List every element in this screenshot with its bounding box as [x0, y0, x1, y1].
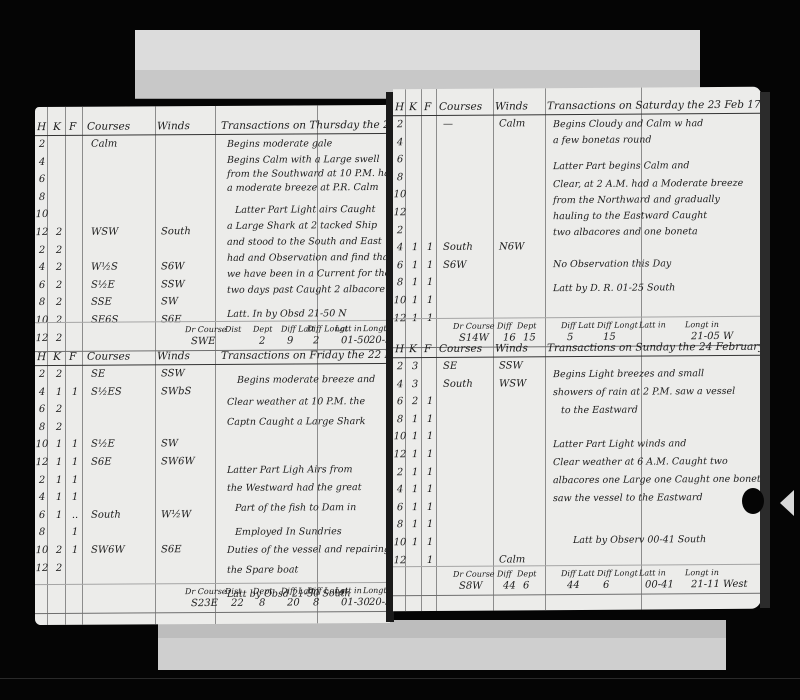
col-h-header: H	[395, 101, 404, 113]
fathoms-cell: 1	[423, 484, 437, 496]
wind-cell: S6W	[161, 261, 185, 273]
knots-cell: 3	[408, 379, 422, 391]
hour-cell: 8	[35, 192, 49, 204]
transaction-line: Begins Cloudy and Calm w had	[553, 117, 703, 133]
courses-header: Courses	[87, 121, 130, 133]
transaction-line: we have been in a Current for these	[227, 267, 390, 283]
hour-cell: 6	[393, 260, 407, 272]
knots-cell: 1	[408, 260, 422, 272]
transactions-title: Transactions on Thursday the 21 Febru	[221, 119, 390, 132]
col-h-header: H	[37, 351, 46, 363]
knots-cell: 2	[52, 332, 66, 344]
hour-cell: 2	[393, 467, 407, 479]
course-cell: S6E	[91, 457, 112, 469]
summary-label: Diff	[497, 568, 512, 580]
transaction-line: two albacores and one boneta	[553, 225, 698, 241]
knots-cell: 2	[52, 562, 66, 574]
transactions-title: Transactions on Sunday the 24 February 1…	[547, 340, 761, 354]
hour-cell: 6	[35, 510, 49, 522]
wind-cell: South	[161, 226, 191, 238]
fathoms-cell: 1	[423, 431, 437, 443]
course-cell: WSW	[91, 227, 118, 239]
summary-value: SWE	[191, 336, 215, 348]
fathoms-cell: ..	[68, 510, 82, 522]
transaction-line: Begins Calm with a Large swell	[227, 153, 380, 168]
fathoms-cell: 1	[423, 260, 437, 272]
knots-cell: 1	[408, 242, 422, 254]
transaction-line: Latter Part Ligh Airs from	[227, 463, 353, 478]
courses-header: Courses	[87, 351, 130, 363]
wind-cell: Calm	[499, 118, 525, 130]
hour-cell: 8	[35, 422, 49, 434]
knots-cell: 2	[52, 297, 66, 309]
wind-cell: N6W	[499, 242, 524, 254]
transaction-line: Latter Part Light airs Caught	[235, 203, 375, 218]
course-cell: S½E	[91, 279, 115, 291]
col-f-header: F	[69, 351, 76, 363]
wind-cell: SW	[161, 439, 178, 451]
next-page-arrow-icon[interactable]	[780, 490, 794, 516]
hour-cell: 8	[393, 278, 407, 290]
backing-sheet-bottom	[158, 620, 726, 670]
fathoms-cell: 1	[68, 527, 82, 539]
transaction-line: Captn Caught a Large Shark	[227, 415, 366, 430]
knots-cell: 1	[52, 386, 66, 398]
summary-label: Dr Course	[185, 586, 227, 598]
hour-cell: 10	[393, 295, 407, 307]
transaction-line: the Spare boat	[227, 563, 298, 578]
hour-cell: 8	[35, 297, 49, 309]
hour-cell: 10	[393, 190, 407, 202]
hour-cell: 12	[35, 333, 49, 345]
transaction-line: the Westward had the great	[227, 481, 362, 496]
summary-bottom-rule	[35, 611, 390, 614]
fathoms-cell: 1	[68, 386, 82, 398]
wind-cell: SW	[161, 297, 178, 309]
knots-cell: 1	[408, 414, 422, 426]
summary-value: S23E	[191, 598, 218, 610]
fathoms-cell: 1	[68, 474, 82, 486]
hour-cell: 6	[393, 154, 407, 166]
summary-label: Diff Latt	[561, 568, 595, 580]
knots-cell: 1	[408, 277, 422, 289]
course-cell: Calm	[91, 139, 117, 151]
transaction-line: Employed In Sundries	[235, 525, 342, 540]
transaction-line: a moderate breeze at P.R. Calm	[227, 181, 378, 196]
summary-label: Diff Latt	[561, 320, 595, 332]
course-cell: S½ES	[91, 386, 122, 398]
col-k-header: K	[53, 351, 61, 363]
fathoms-cell: 1	[423, 519, 437, 531]
hour-cell: 2	[393, 361, 407, 373]
knots-cell: 1	[408, 431, 422, 443]
summary-label: Dept	[253, 586, 272, 598]
transaction-line: had and Observation and find that	[227, 251, 390, 267]
hour-cell: 6	[35, 404, 49, 416]
summary-label: Dept	[517, 320, 536, 332]
summary-value: 00-41	[645, 579, 674, 591]
fathoms-cell: 1	[423, 449, 437, 461]
hour-cell: 2	[393, 119, 407, 131]
hour-cell: 10	[35, 439, 49, 451]
hour-cell: 4	[393, 379, 407, 391]
course-cell: W½S	[91, 262, 118, 274]
hour-cell: 4	[393, 242, 407, 254]
summary-label: Longt in	[685, 567, 719, 579]
fathoms-cell: 1	[68, 457, 82, 469]
transaction-line: a Large Shark at 2 tacked Ship	[227, 219, 377, 234]
course-cell: South	[443, 242, 473, 254]
wind-cell: S6E	[161, 544, 182, 556]
hour-cell: 2	[393, 225, 407, 237]
course-cell: South	[443, 378, 473, 390]
fathoms-cell: 1	[423, 537, 437, 549]
summary-value: 44	[567, 580, 580, 592]
transaction-line: Latter Part Light winds and	[553, 437, 686, 452]
course-cell: S½E	[91, 439, 115, 451]
knots-cell: 2	[52, 262, 66, 274]
course-cell: S6W	[443, 260, 467, 272]
fathoms-cell: 1	[423, 295, 437, 307]
summary-label: Diff Longt	[597, 320, 638, 332]
col-h-header: H	[395, 343, 404, 355]
transaction-line: to the Eastward	[561, 404, 638, 419]
summary-value: S8W	[459, 581, 483, 593]
knots-cell: 1	[52, 492, 66, 504]
summary-value: 2	[259, 336, 265, 348]
hour-cell: 4	[393, 137, 407, 149]
fathoms-cell: 1	[68, 439, 82, 451]
hour-cell: 4	[35, 492, 49, 504]
hour-cell: 6	[35, 174, 49, 186]
knots-cell: 2	[52, 369, 66, 381]
transaction-line: from the Northward and gradually	[553, 193, 720, 209]
transaction-line: Latter Part begins Calm and	[553, 159, 690, 174]
hour-cell: 4	[35, 387, 49, 399]
summary-value: 8	[259, 598, 265, 610]
transaction-line: and stood to the South and East	[227, 235, 382, 250]
winds-header: Winds	[157, 350, 190, 362]
knots-cell: 2	[408, 396, 422, 408]
hour-cell: 12	[393, 449, 407, 461]
hour-cell: 2	[35, 139, 49, 151]
wind-cell: SW6W	[161, 456, 195, 468]
winds-header: Winds	[157, 120, 190, 132]
hour-cell: 6	[393, 502, 407, 514]
course-cell: South	[91, 509, 121, 521]
transaction-line: Latt by D. R. 01-25 South	[553, 281, 675, 296]
course-cell: SW6W	[91, 545, 125, 557]
header-rule	[35, 133, 390, 136]
transaction-line: albacores one Large one Caught one bonet…	[553, 473, 761, 489]
header-rule	[393, 355, 761, 359]
summary-bottom-rule	[393, 593, 761, 597]
transaction-line: Begins moderate gale	[227, 137, 332, 152]
knots-cell: 1	[52, 439, 66, 451]
knots-cell: 1	[52, 457, 66, 469]
summary-value: 22	[231, 598, 244, 610]
summary-value: 21-11 West	[691, 579, 748, 591]
wind-cell: SSW	[161, 368, 185, 380]
header-rule	[35, 363, 390, 366]
wind-cell: W½W	[161, 509, 191, 521]
hour-cell: 8	[393, 172, 407, 184]
fathoms-cell: 1	[423, 502, 437, 514]
summary-value: 01-30	[341, 597, 370, 609]
column-rule	[493, 89, 494, 611]
knots-cell: 1	[408, 467, 422, 479]
winds-header: Winds	[495, 342, 528, 354]
knots-cell: 1	[52, 510, 66, 522]
knots-cell: 2	[52, 404, 66, 416]
transaction-line: Clear weather at 10 P.M. the	[227, 395, 365, 410]
hour-cell: 2	[35, 475, 49, 487]
summary-label: Dist	[225, 586, 241, 598]
col-f-header: F	[424, 343, 431, 355]
hour-cell: 12	[393, 555, 407, 567]
summary-value: 6	[523, 580, 529, 592]
knots-cell: 2	[52, 227, 66, 239]
transaction-line: saw the vessel to the Eastward	[553, 491, 703, 507]
col-h-header: H	[37, 121, 46, 133]
summary-label: Latt in	[335, 585, 362, 597]
knots-cell: 1	[408, 484, 422, 496]
col-f-header: F	[424, 101, 431, 113]
hour-cell: 4	[35, 157, 49, 169]
transaction-line: Clear weather at 6 A.M. Caught two	[553, 455, 728, 471]
transaction-line: hauling to the Eastward Caught	[553, 209, 707, 225]
knots-cell: 1	[408, 537, 422, 549]
hour-cell: 8	[35, 527, 49, 539]
hour-cell: 10	[393, 432, 407, 444]
knots-cell: 3	[408, 361, 422, 373]
knots-cell: 1	[52, 474, 66, 486]
column-rule	[421, 89, 422, 611]
transactions-title: Transactions on Saturday the 23 Feb 1793	[547, 99, 761, 113]
fathoms-cell: 1	[423, 555, 437, 567]
transaction-line: Latt by Observ 00-41 South	[573, 533, 706, 548]
summary-value: 20	[287, 597, 300, 609]
summary-label: Diff Longt	[597, 568, 638, 580]
summary-value: 8	[313, 597, 319, 609]
hour-cell: 10	[35, 545, 49, 557]
wind-cell: Calm	[499, 554, 525, 566]
hour-cell: 8	[393, 520, 407, 532]
hour-cell: 4	[393, 484, 407, 496]
summary-value: 2	[313, 335, 319, 347]
hour-cell: 12	[35, 457, 49, 469]
column-rule	[405, 89, 406, 611]
transaction-line: showers of rain at 2 P.M. saw a vessel	[553, 385, 735, 401]
course-cell: SE	[443, 361, 457, 373]
fathoms-cell: 1	[423, 467, 437, 479]
summary-label: Dept	[253, 324, 272, 336]
transaction-line: No Observation this Day	[553, 257, 671, 272]
summary-value: 44	[503, 580, 516, 592]
hour-cell: 6	[393, 396, 407, 408]
summary-value: 9	[287, 336, 293, 348]
hour-cell: 4	[35, 262, 49, 274]
fathoms-cell: 1	[423, 396, 437, 408]
courses-header: Courses	[439, 343, 482, 355]
knots-cell: 2	[52, 280, 66, 292]
transaction-line: Begins Light breezes and small	[553, 367, 704, 383]
summary-label: Diff	[497, 320, 512, 332]
hour-cell: 2	[35, 245, 49, 257]
summary-label: Dr Course	[453, 321, 495, 333]
scan-edge-line	[0, 678, 800, 679]
fathoms-cell: 1	[423, 277, 437, 289]
summary-label: Dist	[225, 324, 241, 336]
summary-label: Longt in	[685, 319, 719, 331]
fathoms-cell: 1	[423, 414, 437, 426]
fathoms-cell: 1	[423, 242, 437, 254]
course-cell: SE	[91, 369, 105, 381]
transaction-line: Clear, at 2 A.M. had a Moderate breeze	[553, 177, 743, 193]
summary-label: Latt in	[639, 567, 666, 579]
col-f-header: F	[69, 121, 76, 133]
left-page: HKFCoursesWindsTransactions on Thursday …	[35, 105, 390, 625]
transaction-line: a few bonetas round	[553, 133, 651, 148]
summary-value: 6	[603, 580, 609, 592]
hour-cell: 6	[35, 280, 49, 292]
knots-cell: 1	[408, 519, 422, 531]
fathoms-cell: 1	[68, 492, 82, 504]
transactions-title: Transactions on Friday the 22 February	[221, 349, 390, 362]
wind-cell: SSW	[499, 360, 523, 372]
page-notch	[742, 488, 764, 514]
course-cell: SSE	[91, 297, 112, 309]
summary-label: Latt in	[639, 319, 666, 331]
wind-cell: SWbS	[161, 386, 191, 398]
summary-label: Latt in	[335, 323, 362, 335]
hour-cell: 2	[35, 369, 49, 381]
knots-cell: 1	[408, 502, 422, 514]
hour-cell: 10	[393, 537, 407, 549]
transaction-line: Part of the fish to Dam in	[235, 501, 356, 516]
transaction-line: Duties of the vessel and repairing	[227, 543, 390, 558]
knots-cell: 2	[52, 244, 66, 256]
hour-cell: 12	[35, 227, 49, 239]
column-rule	[545, 88, 546, 610]
fathoms-cell: 1	[68, 545, 82, 557]
wind-cell: WSW	[499, 378, 526, 390]
page-edge-shadow	[760, 92, 770, 608]
col-k-header: K	[409, 343, 417, 355]
knots-cell: 1	[408, 295, 422, 307]
col-k-header: K	[53, 121, 61, 133]
hour-cell: 10	[35, 209, 49, 221]
hour-cell: 12	[393, 207, 407, 219]
knots-cell: 2	[52, 422, 66, 434]
hour-cell: 8	[393, 414, 407, 426]
col-k-header: K	[409, 101, 417, 113]
summary-label: Dr Course	[185, 324, 227, 336]
header-rule	[393, 113, 761, 117]
knots-cell: 2	[52, 545, 66, 557]
course-cell: —	[443, 119, 453, 131]
column-rule	[436, 89, 437, 611]
summary-label: Dr Course	[453, 569, 495, 581]
summary-label: Dept	[517, 568, 536, 580]
hour-cell: 12	[35, 563, 49, 575]
right-page: HKFCoursesWindsTransactions on Saturday …	[393, 87, 761, 612]
courses-header: Courses	[439, 101, 482, 113]
summary-value: 01-50	[341, 335, 370, 347]
knots-cell: 1	[408, 449, 422, 461]
transaction-line: two days past Caught 2 albacore	[227, 283, 385, 298]
winds-header: Winds	[495, 100, 528, 112]
wind-cell: SSW	[161, 279, 185, 291]
transaction-line: Begins moderate breeze and	[237, 373, 375, 388]
